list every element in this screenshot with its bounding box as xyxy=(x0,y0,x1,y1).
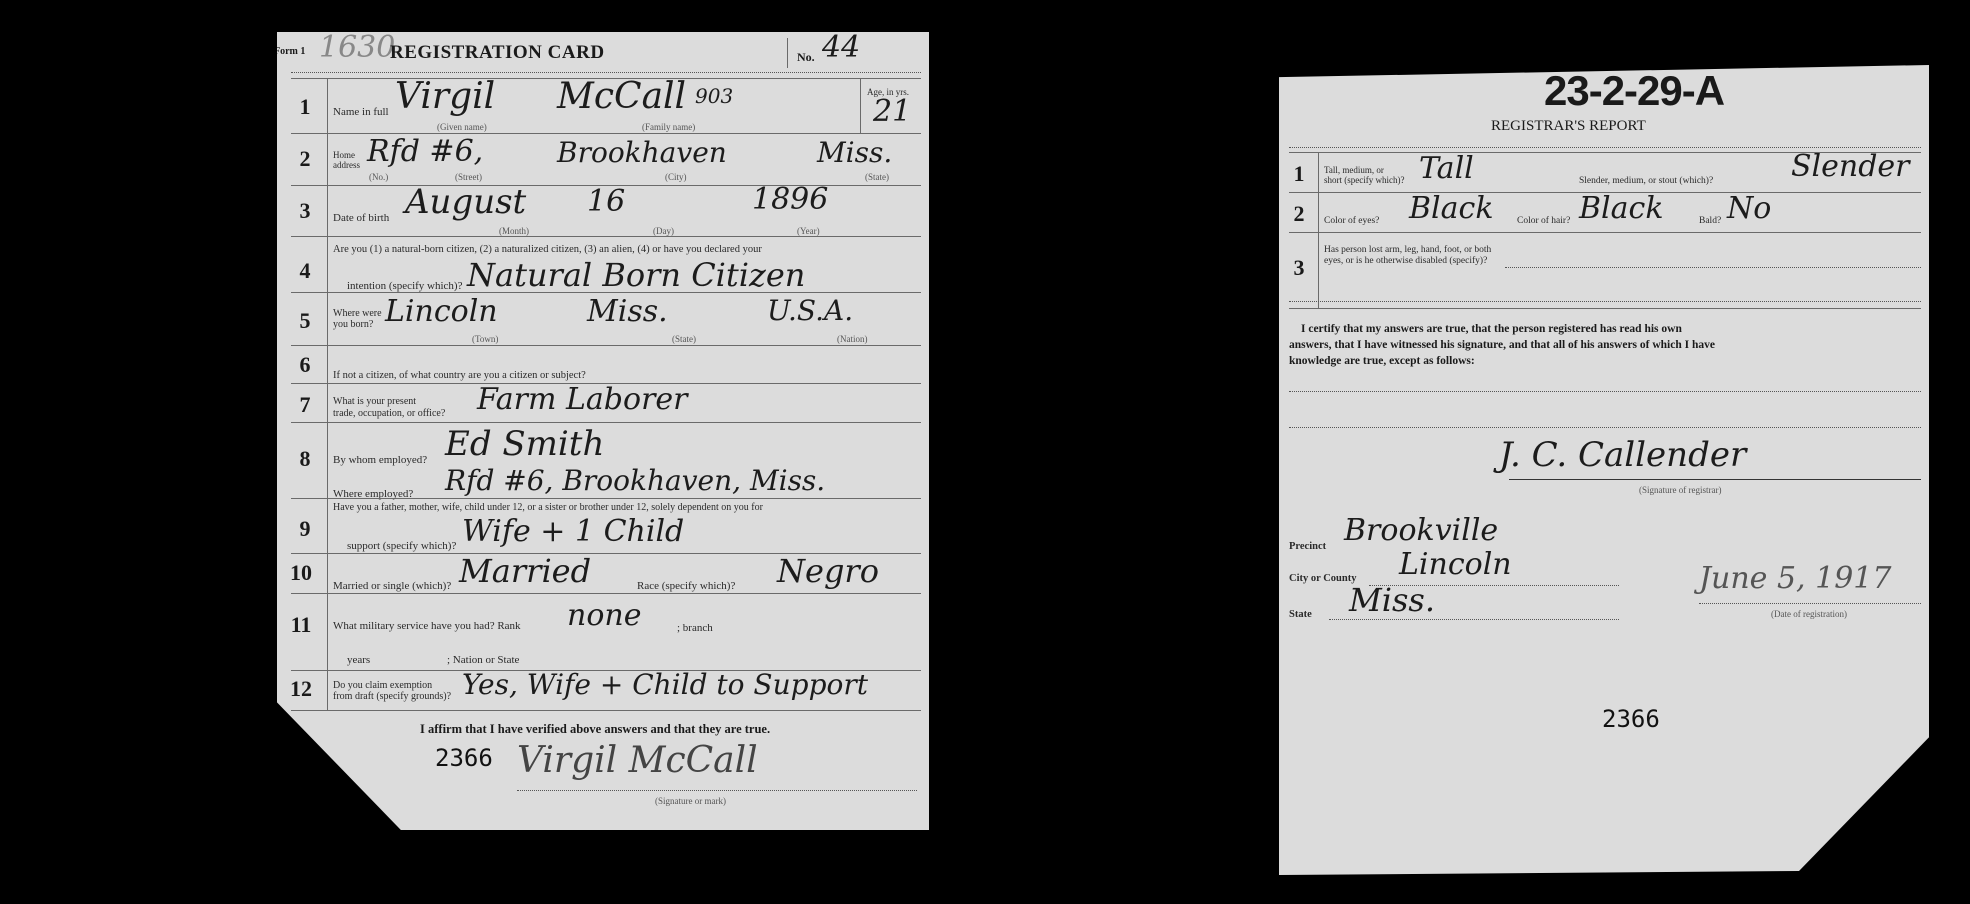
home-city-value: Brookhaven xyxy=(557,136,727,169)
dependents-question: Have you a father, mother, wife, child u… xyxy=(333,502,763,514)
given-name-sublabel: (Given name) xyxy=(437,122,487,132)
bald-value: No xyxy=(1727,191,1771,226)
occupation-label: What is your present xyxy=(333,396,416,407)
row-number: 3 xyxy=(285,198,325,224)
military-rank-value: none xyxy=(567,598,641,633)
precinct-value: Brookville xyxy=(1344,513,1498,548)
sublabel: (Year) xyxy=(797,226,820,236)
home-label: Home xyxy=(333,150,355,160)
row-number: 1 xyxy=(1279,161,1319,187)
foreign-citizenship-label: If not a citizen, of what country are yo… xyxy=(333,370,586,382)
row-number: 4 xyxy=(285,258,325,284)
exemption-label: Do you claim exemption xyxy=(333,680,432,691)
row-number: 5 xyxy=(285,308,325,334)
state-label: State xyxy=(1289,609,1312,621)
row-number: 11 xyxy=(281,612,321,638)
row-number: 6 xyxy=(285,352,325,378)
registration-date-sublabel: (Date of registration) xyxy=(1771,609,1847,619)
eye-color-value: Black xyxy=(1409,191,1494,226)
marital-status-label: Married or single (which)? xyxy=(333,580,451,592)
build-label: Slender, medium, or stout (which)? xyxy=(1579,175,1713,187)
dob-month-value: August xyxy=(405,182,526,222)
certification-line-2: answers, that I have witnessed his signa… xyxy=(1289,339,1715,351)
row-number: 2 xyxy=(285,146,325,172)
precinct-label: Precinct xyxy=(1289,541,1326,553)
dob-year-value: 1896 xyxy=(752,182,828,217)
height-value: Tall xyxy=(1419,151,1474,186)
dependents-value: Wife + 1 Child xyxy=(462,514,684,549)
sublabel: (Nation) xyxy=(837,334,868,344)
dob-label: Date of birth xyxy=(333,212,389,224)
citizenship-value: Natural Born Citizen xyxy=(467,256,805,294)
sublabel: (Month) xyxy=(499,226,529,236)
home-state-value: Miss. xyxy=(817,136,892,169)
registrant-signature: Virgil McCall xyxy=(517,740,758,781)
report-code: 23-2-29-A xyxy=(1544,67,1724,115)
citizenship-intention-label: intention (specify which)? xyxy=(347,280,462,292)
height-label: Tall, medium, or xyxy=(1324,165,1384,175)
build-value: Slender xyxy=(1791,149,1910,184)
occupation-value: Farm Laborer xyxy=(477,382,688,417)
hair-color-label: Color of hair? xyxy=(1517,215,1570,227)
row-number: 1 xyxy=(285,94,325,120)
county-label: City or County xyxy=(1289,573,1356,585)
age-value: 21 xyxy=(873,94,911,129)
sublabel: (State) xyxy=(672,334,696,344)
marital-status-value: Married xyxy=(459,552,591,590)
stamp-number: 2366 xyxy=(435,744,493,772)
birth-state-value: Miss. xyxy=(587,294,668,329)
nation-or-state-label: ; Nation or State xyxy=(447,654,519,666)
registrar-signature: J. C. Callender xyxy=(1499,435,1746,475)
bald-label: Bald? xyxy=(1699,215,1721,227)
birth-town-value: Lincoln xyxy=(385,294,498,329)
row-number: 7 xyxy=(285,392,325,418)
card-number: 44 xyxy=(822,30,860,65)
family-name-value: McCall xyxy=(557,76,686,117)
hair-color-value: Black xyxy=(1579,191,1664,226)
sublabel: (No.) xyxy=(369,172,388,182)
name-label: Name in full xyxy=(333,106,389,118)
sublabel: (State) xyxy=(865,172,889,182)
row-number: 8 xyxy=(285,446,325,472)
county-value: Lincoln xyxy=(1399,547,1512,582)
occupation-label-2: trade, occupation, or office? xyxy=(333,408,445,419)
affirmation-text: I affirm that I have verified above answ… xyxy=(420,722,770,737)
row-number: 12 xyxy=(281,676,321,702)
family-name-sublabel: (Family name) xyxy=(642,122,695,132)
dob-day-value: 16 xyxy=(587,184,625,219)
row-number: 2 xyxy=(1279,201,1319,227)
number-column-divider xyxy=(327,78,328,710)
branch-label: ; branch xyxy=(677,622,713,634)
given-name-value: Virgil xyxy=(395,76,495,117)
employer-value: Ed Smith xyxy=(445,424,604,464)
row-number: 10 xyxy=(281,560,321,586)
birth-nation-value: U.S.A. xyxy=(767,294,853,327)
employment-place-value: Rfd #6, Brookhaven, Miss. xyxy=(445,464,825,497)
certification-line-3: knowledge are true, except as follows: xyxy=(1289,355,1475,367)
registrar-report-card: 23-2-29-A REGISTRAR'S REPORT 1 Tall, med… xyxy=(1279,65,1929,875)
row-number: 9 xyxy=(285,516,325,542)
sublabel: (Street) xyxy=(455,172,482,182)
race-value: Negro xyxy=(777,552,879,590)
disability-label-2: eyes, or is he otherwise disabled (speci… xyxy=(1324,256,1487,267)
name-annotation: 903 xyxy=(695,84,733,108)
registration-date-value: June 5, 1917 xyxy=(1699,561,1891,596)
race-label: Race (specify which)? xyxy=(637,580,735,592)
military-service-label: What military service have you had? Rank xyxy=(333,620,521,632)
stamp-number: 2366 xyxy=(1602,705,1660,733)
exemption-value: Yes, Wife + Child to Support xyxy=(462,668,868,701)
registration-card: Form 1 1630 REGISTRATION CARD No. 44 1 N… xyxy=(277,32,929,830)
height-label-2: short (specify which)? xyxy=(1324,175,1404,185)
number-divider xyxy=(787,38,788,68)
disability-label: Has person lost arm, leg, hand, foot, or… xyxy=(1324,245,1491,256)
dependents-label: support (specify which)? xyxy=(347,540,456,552)
sublabel: (Day) xyxy=(653,226,674,236)
state-value: Miss. xyxy=(1349,581,1435,619)
home-street-value: Rfd #6, xyxy=(367,134,483,169)
sublabel: (City) xyxy=(665,172,687,182)
report-title: REGISTRAR'S REPORT xyxy=(1491,118,1646,135)
birthplace-label: Where were xyxy=(333,308,382,319)
exemption-label-2: from draft (specify grounds)? xyxy=(333,691,451,702)
years-label: years xyxy=(347,654,370,666)
birthplace-label-2: you born? xyxy=(333,319,373,330)
card-title: REGISTRATION CARD xyxy=(390,42,605,64)
number-label: No. xyxy=(797,50,815,65)
registrar-signature-sublabel: (Signature of registrar) xyxy=(1639,485,1721,495)
sublabel: (Town) xyxy=(472,334,498,344)
row-number: 3 xyxy=(1279,255,1319,281)
citizenship-question: Are you (1) a natural-born citizen, (2) … xyxy=(333,244,762,256)
form-label: Form 1 xyxy=(274,46,305,57)
signature-sublabel: (Signature or mark) xyxy=(655,796,726,806)
certification-line-1: I certify that my answers are true, that… xyxy=(1301,323,1682,335)
employer-label: By whom employed? xyxy=(333,454,427,466)
address-label: address xyxy=(333,160,360,170)
pencil-serial-number: 1630 xyxy=(319,30,395,65)
eye-color-label: Color of eyes? xyxy=(1324,215,1379,227)
